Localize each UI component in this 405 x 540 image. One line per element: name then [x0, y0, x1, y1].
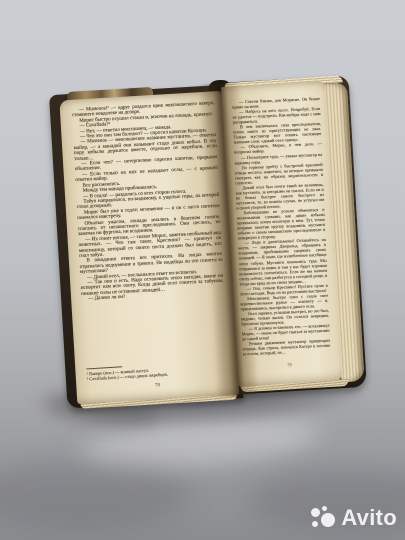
footnotes: ¹ Вакеро (исп.) — конный пастух.² Cavall… — [86, 360, 227, 381]
logo-dot — [312, 521, 318, 527]
paragraph: Наблюдавшие не успели обменяться и неско… — [236, 207, 325, 241]
fabric-shadow-left — [0, 460, 190, 530]
right-page: — Совсем близко, дон Морисио. Он бежит п… — [221, 81, 343, 387]
page-number-right: 79 — [237, 359, 341, 370]
left-page: — Mustenos!¹ — вдруг раздался крик мекси… — [59, 91, 239, 404]
left-page-text: — Mustenos!¹ — вдруг раздался крик мекси… — [72, 101, 225, 303]
avito-watermark: Avito — [310, 505, 397, 531]
paragraph: — Леди и джентльмены! Оставайтесь на мес… — [238, 237, 328, 286]
watermark-label: Avito — [341, 505, 397, 531]
book-photo: — Mustenos!¹ — вдруг раздался крик мекси… — [0, 0, 405, 540]
paragraph: Резким движением мустангер пришпорил лош… — [242, 338, 331, 357]
right-page-text: — Совсем близко, дон Морисио. Он бежит п… — [232, 96, 331, 357]
paragraph: Дикий осел был почти такой же величины, … — [235, 182, 324, 211]
open-book: — Mustenos!¹ — вдруг раздался крик мекси… — [42, 67, 373, 417]
logo-dot — [311, 508, 320, 517]
logo-dot — [322, 506, 327, 511]
logo-dot — [321, 513, 335, 527]
avito-logo-icon — [310, 505, 336, 531]
page-number-left: 78 — [76, 378, 238, 393]
